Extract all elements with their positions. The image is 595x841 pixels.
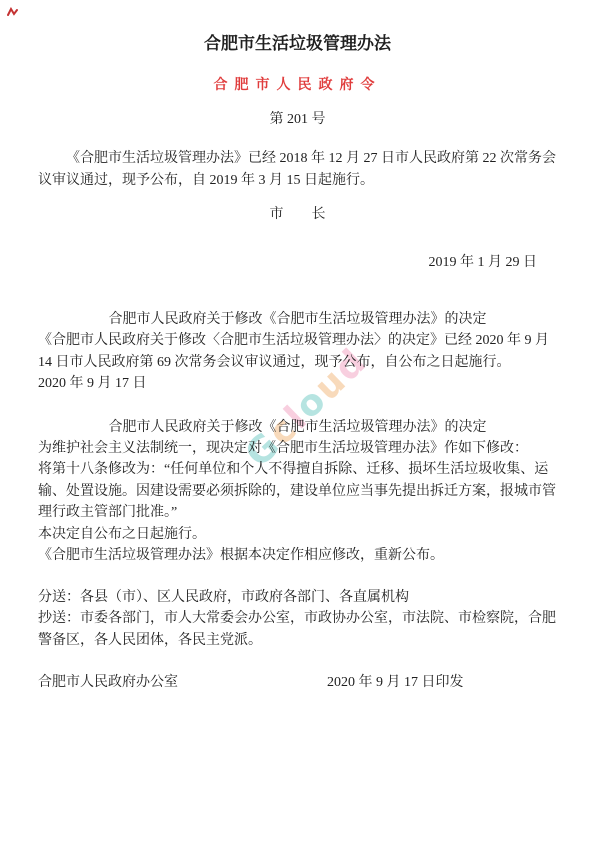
order-number: 第 201 号 — [38, 110, 557, 130]
decision2-body: 为维护社会主义法制统一，现决定对《合肥市生活垃圾管理办法》作如下修改： 将第十八… — [38, 438, 557, 567]
decision1-body: 《合肥市人民政府关于修改〈合肥市生活垃圾管理办法〉的决定》已经 2020 年 9… — [38, 330, 557, 395]
document-title: 合肥市生活垃圾管理办法 — [38, 33, 557, 55]
decision2-line: 《合肥市生活垃圾管理办法》根据本决定作相应修改，重新公布。 — [38, 545, 557, 567]
decision2-line: 本决定自公布之日起施行。 — [38, 524, 557, 546]
government-order-heading: 合肥市人民政府令 — [38, 76, 557, 96]
promulgation-line: 《合肥市生活垃圾管理办法》已经 2018 年 12 月 27 日市人民政府第 2… — [38, 148, 557, 170]
document-content: 合肥市生活垃圾管理办法 合肥市人民政府令 第 201 号 《合肥市生活垃圾管理办… — [0, 0, 595, 841]
corner-pen-mark — [7, 4, 19, 22]
promulgation-line: 议审议通过，现予公布，自 2019 年 3 月 15 日起施行。 — [38, 170, 557, 192]
decision2-heading: 合肥市人民政府关于修改《合肥市生活垃圾管理办法》的决定 — [38, 417, 557, 438]
decision2-line: 为维护社会主义法制统一，现决定对《合肥市生活垃圾管理办法》作如下修改： — [38, 438, 557, 460]
signer-title: 市 长 — [38, 204, 557, 225]
decision2-line: 将第十八条修改为：“任何单位和个人不得擅自拆除、迁移、损坏生活垃圾收集、运 — [38, 459, 557, 481]
footer-line: 合肥市人民政府办公室 2020 年 9 月 17 日印发 — [38, 672, 557, 693]
decision2-line: 输、处置设施。因建设需要必须拆除的，建设单位应当事先提出拆迁方案，报城市管 — [38, 481, 557, 503]
document-page: Gcloud 合肥市生活垃圾管理办法 合肥市人民政府令 第 201 号 《合肥市… — [0, 0, 595, 841]
decision1-line: 14 日市人民政府第 69 次常务会议审议通过，现予公布，自公布之日起施行。 — [38, 352, 557, 374]
issuing-office: 合肥市人民政府办公室 — [38, 672, 178, 693]
print-date: 2020 年 9 月 17 日印发 — [327, 672, 464, 693]
promulgation-paragraph: 《合肥市生活垃圾管理办法》已经 2018 年 12 月 27 日市人民政府第 2… — [38, 148, 557, 191]
distribution-list: 分送：各县（市）、区人民政府，市政府各部门、各直属机构 抄送：市委各部门，市人大… — [38, 587, 557, 652]
decision2-line: 理行政主管部门批准。” — [38, 502, 557, 524]
distribution-line: 抄送：市委各部门，市人大常委会办公室，市政协办公室，市法院、市检察院，合肥 — [38, 608, 557, 630]
sign-date: 2019 年 1 月 29 日 — [38, 252, 557, 273]
decision1-date: 2020 年 9 月 17 日 — [38, 373, 557, 395]
decision1-heading: 合肥市人民政府关于修改《合肥市生活垃圾管理办法》的决定 — [38, 309, 557, 330]
distribution-line: 警备区，各人民团体，各民主党派。 — [38, 630, 557, 652]
decision1-line: 《合肥市人民政府关于修改〈合肥市生活垃圾管理办法〉的决定》已经 2020 年 9… — [38, 330, 557, 352]
distribution-line: 分送：各县（市）、区人民政府，市政府各部门、各直属机构 — [38, 587, 557, 609]
